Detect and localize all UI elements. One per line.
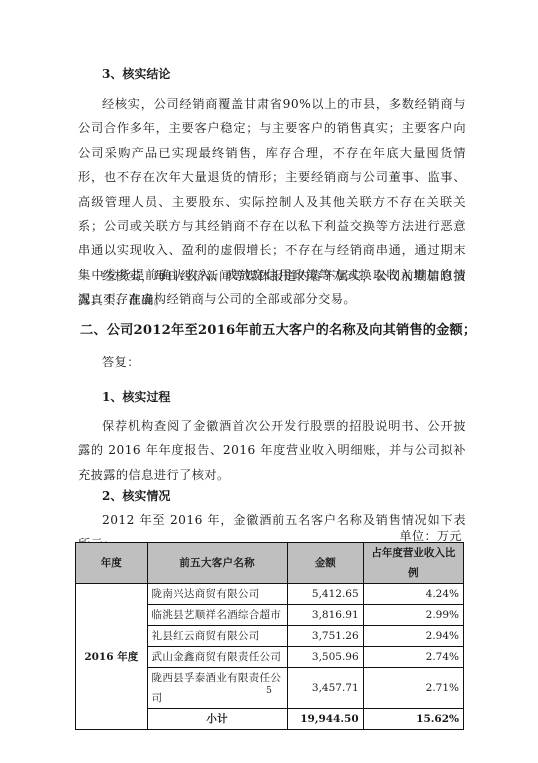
amount: 3,816.91 bbox=[287, 605, 363, 626]
revenue-share: 2.94% bbox=[363, 626, 463, 647]
revenue-share: 4.24% bbox=[363, 584, 463, 605]
conclusion-paragraph-2: 经核实，每日经济新闻等媒体报道内容不属实，公司前期信息披露真实、准确。 bbox=[78, 264, 466, 313]
header-year: 年度 bbox=[76, 543, 148, 584]
customer-name: 临洮县艺顺祥名酒综合超市 bbox=[147, 605, 287, 626]
document-page: 3、核实结论 经核实，公司经销商覆盖甘肃省90%以上的市县，多数经销商与公司合作… bbox=[0, 0, 538, 763]
revenue-share: 2.99% bbox=[363, 605, 463, 626]
table-row: 2016 年度 陇南兴达商贸有限公司 5,412.65 4.24% bbox=[76, 584, 464, 605]
subheading-verification-status: 2、核实情况 bbox=[102, 488, 170, 504]
subtotal-revenue-share: 15.62% bbox=[363, 709, 463, 730]
section-heading-conclusion: 3、核实结论 bbox=[102, 66, 170, 82]
subheading-verification-process: 1、核实过程 bbox=[102, 389, 170, 405]
question-heading: 二、公司2012年至2016年前五大客户的名称及向其销售的金额； bbox=[80, 322, 476, 340]
customer-name: 陇南兴达商贸有限公司 bbox=[147, 584, 287, 605]
subtotal-amount: 19,944.50 bbox=[287, 709, 363, 730]
subtotal-label: 小计 bbox=[147, 709, 287, 730]
revenue-share: 2.74% bbox=[363, 647, 463, 668]
top-customers-table: 年度 前五大客户名称 金额 占年度营业收入比例 2016 年度 陇南兴达商贸有限… bbox=[75, 542, 464, 730]
verification-process-paragraph: 保荐机构查阅了金徽酒首次公开发行股票的招股说明书、公开披露的 2016 年年度报… bbox=[78, 414, 466, 487]
year-cell: 2016 年度 bbox=[76, 584, 148, 730]
amount: 3,505.96 bbox=[287, 647, 363, 668]
amount: 5,412.65 bbox=[287, 584, 363, 605]
table-header-row: 年度 前五大客户名称 金额 占年度营业收入比例 bbox=[76, 543, 464, 584]
amount: 3,751.26 bbox=[287, 626, 363, 647]
answer-label: 答复： bbox=[102, 350, 402, 374]
customer-name: 礼县红云商贸有限公司 bbox=[147, 626, 287, 647]
header-amount: 金额 bbox=[287, 543, 363, 584]
customer-name: 武山金鑫商贸有限责任公司 bbox=[147, 647, 287, 668]
header-customer-name: 前五大客户名称 bbox=[147, 543, 287, 584]
page-number: 5 bbox=[0, 686, 538, 696]
header-revenue-share: 占年度营业收入比例 bbox=[363, 543, 463, 584]
